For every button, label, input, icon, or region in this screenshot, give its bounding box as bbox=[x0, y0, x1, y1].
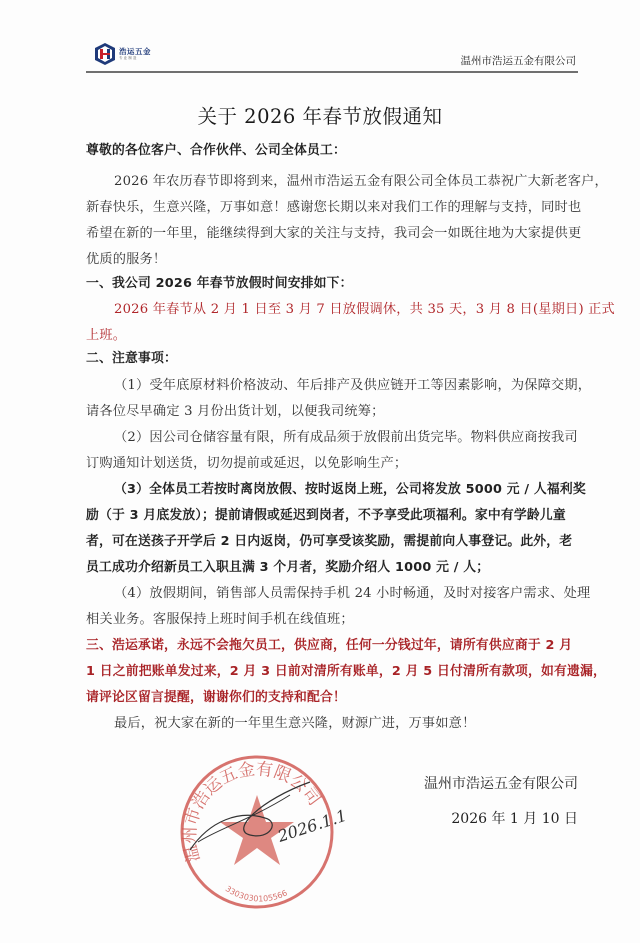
notice-item-1: （1）受年底原材料价格波动、年后排产及供应链开工等因素影响，为保障交期， bbox=[114, 374, 591, 393]
intro-line: 新春快乐，生意兴隆，万事如意！感谢您长期以来对我们工作的理解与支持，同时也 bbox=[86, 196, 581, 215]
handwritten-date: 2026.1.10 bbox=[274, 803, 345, 847]
notice-item-3: （3）全体员工若按时离岗放假、按时返岗上班，公司将发放 5000 元 / 人福利… bbox=[114, 478, 586, 497]
signature-date: 2026 年 1 月 10 日 bbox=[451, 808, 578, 828]
intro-line: 2026 年农历春节即将到来，温州市浩运五金有限公司全体员工恭祝广大新老客户， bbox=[114, 170, 608, 189]
salutation: 尊敬的各位客户、合作伙伴、公司全体员工： bbox=[86, 139, 346, 158]
intro-line: 希望在新的一年里，能继续得到大家的关注与支持，我司会一如既往地为大家提供更 bbox=[86, 222, 581, 241]
logo-name: 浩运五金 bbox=[119, 47, 151, 56]
document-title: 关于 2026 年春节放假通知 bbox=[0, 101, 640, 129]
hy-hexagon-logo-icon bbox=[94, 42, 116, 66]
notice-item-2: 订购通知计划送货，切勿提前或延迟，以免影响生产； bbox=[86, 452, 407, 471]
notice-item-3: 员工成功介绍新员工入职且满 3 个月者，奖励介绍人 1000 元 / 人； bbox=[86, 556, 489, 575]
signature-company: 温州市浩运五金有限公司 bbox=[424, 773, 578, 793]
notice-item-4: （4）放假期间，销售部人员需保持手机 24 小时畅通，及时对接客户需求、处理 bbox=[114, 582, 590, 601]
logo-subtitle: 专 业 制 造 bbox=[119, 56, 151, 61]
closing-greeting: 最后，祝大家在新的一年里生意兴隆，财源广进，万事如意！ bbox=[114, 712, 475, 731]
section3-line: 请评论区留言提醒，谢谢你们的支持和配合！ bbox=[86, 686, 346, 705]
company-seal-stamp-icon: 温州市浩运五金有限公司 3303030105566 2026.1.10 bbox=[170, 740, 345, 935]
section3-line: 三、浩运承诺，永远不会拖欠员工，供应商，任何一分钱过年，请所有供应商于 2 月 bbox=[86, 634, 572, 653]
notice-item-1: 请各位尽早确定 3 月份出货计划，以便我司统筹； bbox=[86, 400, 385, 419]
section3-line: 1 日之前把账单发过来，2 月 3 日前对清所有账单，2 月 5 日付清所有款项… bbox=[86, 660, 606, 679]
notice-item-4: 相关业务。客服保持上班时间手机在线值班； bbox=[86, 608, 354, 627]
svg-text:3303030105566: 3303030105566 bbox=[224, 884, 289, 903]
section2-heading: 二、注意事项： bbox=[86, 347, 177, 366]
holiday-schedule-line: 上班。 bbox=[86, 324, 126, 343]
header-company-name: 温州市浩运五金有限公司 bbox=[461, 53, 577, 68]
notice-item-3: 者，可在送孩子开学后 2 日内返岗，仍可享受该奖励，需提前向人事登记。此外，老 bbox=[86, 530, 572, 549]
notice-document: 浩运五金 专 业 制 造 温州市浩运五金有限公司 关于 2026 年春节放假通知… bbox=[0, 0, 640, 943]
notice-item-2: （2）因公司仓储容量有限，所有成品须于放假前出货完毕。物料供应商按我司 bbox=[114, 426, 578, 445]
notice-item-3: 励（于 3 月底发放）；提前请假或延迟到岗者，不予享受此项福利。家中有学龄儿童 bbox=[86, 504, 566, 523]
section1-heading: 一、我公司 2026 年春节放假时间安排如下： bbox=[86, 272, 353, 291]
header-divider bbox=[86, 71, 578, 73]
company-logo: 浩运五金 专 业 制 造 bbox=[94, 40, 164, 68]
stamp-number: 3303030105566 bbox=[224, 884, 289, 903]
intro-line: 优质的服务！ bbox=[86, 248, 166, 267]
holiday-schedule-line: 2026 年春节从 2 月 1 日至 3 月 7 日放假调休，共 35 天，3 … bbox=[114, 298, 615, 317]
letterhead: 浩运五金 专 业 制 造 温州市浩运五金有限公司 bbox=[86, 40, 576, 70]
